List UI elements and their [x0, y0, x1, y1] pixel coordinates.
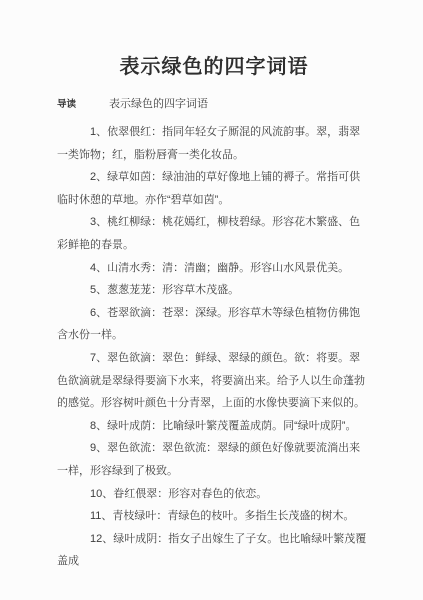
list-item: 10、眷红偎翠：形容对春色的依恋。	[57, 483, 371, 506]
intro-row: 导读 表示绿色的四字词语	[57, 95, 371, 111]
list-item: 11、青枝绿叶：青绿色的枝叶。多指生长茂盛的树木。	[57, 505, 371, 528]
list-item: 6、苍翠欲滴：苍翠：深绿。形容草木等绿色植物仿佛饱含水份一样。	[57, 302, 371, 347]
list-item: 8、绿叶成荫：比喻绿叶繁茂覆盖成荫。同“绿叶成阴”。	[57, 415, 371, 438]
list-item: 4、山清水秀：清：清幽；幽静。形容山水风景优美。	[57, 257, 371, 280]
list-item: 2、绿草如茵：绿油油的草好像地上铺的褥子。常指可供临时休憩的草地。亦作“碧草如茵…	[57, 166, 371, 211]
list-item: 3、桃红柳绿：桃花嫣红，柳枝碧绿。形容花木繁盛、色彩鲜艳的春景。	[57, 211, 371, 256]
intro-title: 表示绿色的四字词语	[109, 95, 208, 111]
list-item: 9、翠色欲流：翠色欲流：翠绿的颜色好像就要流淌出来一样，形容绿到了极致。	[57, 437, 371, 482]
list-item: 5、葱葱茏茏：形容草木茂盛。	[57, 279, 371, 302]
page-title: 表示绿色的四字词语	[57, 0, 371, 82]
document-page: 表示绿色的四字词语 导读 表示绿色的四字词语 1、依翠偎红：指同年轻女子厮混的风…	[0, 0, 423, 600]
word-list: 1、依翠偎红：指同年轻女子厮混的风流韵事。翠，翡翠一类饰物；红，脂粉唇膏一类化妆…	[57, 121, 371, 573]
list-item: 7、翠色欲滴：翠色：鲜绿、翠绿的颜色。欲：将要。翠色欲滴就是翠绿得要滴下水来，将…	[57, 347, 371, 415]
list-item: 12、绿叶成阴：指女子出嫁生了子女。也比喻绿叶繁茂覆盖成	[57, 528, 371, 573]
intro-label: 导读	[57, 96, 76, 110]
list-item: 1、依翠偎红：指同年轻女子厮混的风流韵事。翠，翡翠一类饰物；红，脂粉唇膏一类化妆…	[57, 121, 371, 166]
